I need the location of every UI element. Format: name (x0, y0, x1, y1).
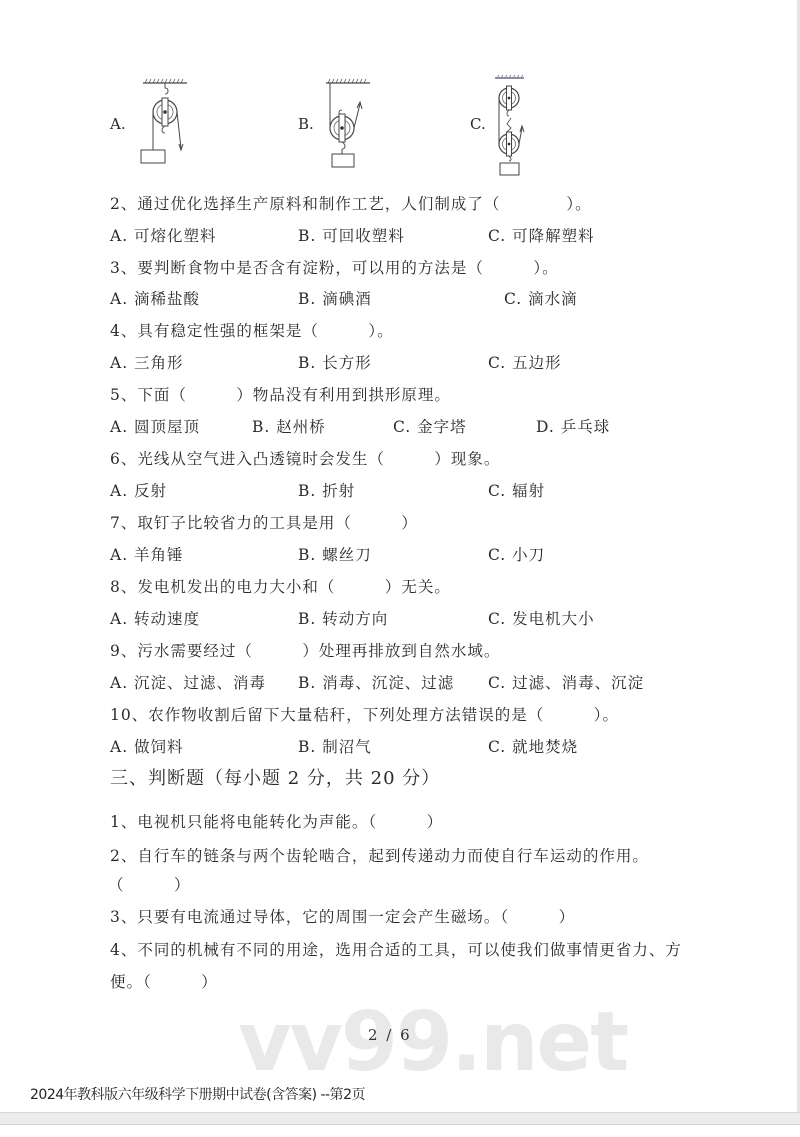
question-5-option-b: B. 赵州桥 (252, 417, 326, 437)
judgment-item-1: 1、电视机只能将电能转化为声能。（ ） (110, 812, 443, 832)
question-7-text: 7、取钉子比较省力的工具是用（ ） (110, 513, 418, 533)
question-4-option-b: B. 长方形 (298, 353, 372, 373)
question-3-text: 3、要判断食物中是否含有淀粉，可以用的方法是（ ）。 (110, 258, 559, 278)
judgment-item-2-blank: （ ） (108, 875, 191, 895)
question-9-option-b: B. 消毒、沉淀、过滤 (298, 673, 454, 693)
figure-label-a: A. (110, 115, 126, 133)
pulley-block-diagram-icon (490, 74, 535, 179)
question-8-option-c: C. 发电机大小 (488, 609, 595, 629)
question-8-text: 8、发电机发出的电力大小和（ ）无关。 (110, 577, 451, 597)
question-5-option-c: C. 金字塔 (393, 417, 467, 437)
question-6-option-a: A. 反射 (110, 481, 167, 501)
judgment-item-2: 2、自行车的链条与两个齿轮啮合，起到传递动力而使自行车运动的作用。 (110, 846, 649, 866)
next-page-top (0, 1125, 800, 1137)
question-4-option-a: A. 三角形 (110, 353, 184, 373)
question-8-option-a: A. 转动速度 (110, 609, 200, 629)
movable-pulley-diagram-icon (322, 78, 374, 173)
page-number: 2 / 6 (368, 1026, 800, 1044)
question-2-text: 2、通过优化选择生产原料和制作工艺，人们制成了（ ）。 (110, 194, 592, 214)
question-2-option-b: B. 可回收塑料 (298, 226, 405, 246)
question-4-text: 4、具有稳定性强的框架是（ ）。 (110, 321, 394, 341)
fixed-pulley-diagram-icon (135, 78, 195, 168)
question-3-option-a: A. 滴稀盐酸 (110, 289, 200, 309)
question-5-option-d: D. 乒乓球 (536, 417, 610, 437)
question-7-option-a: A. 羊角锤 (110, 545, 184, 565)
question-8-option-b: B. 转动方向 (298, 609, 388, 629)
question-10-text: 10、农作物收割后留下大量秸秆，下列处理方法错误的是（ ）。 (110, 705, 619, 725)
question-6-text: 6、光线从空气进入凸透镜时会发生（ ）现象。 (110, 449, 500, 469)
question-10-option-a: A. 做饲料 (110, 737, 184, 757)
section-3-title: 三、判断题（每小题 2 分，共 20 分） (110, 769, 440, 789)
question-9-option-c: C. 过滤、消毒、沉淀 (488, 673, 644, 693)
question-6-option-b: B. 折射 (298, 481, 355, 501)
question-3-option-b: B. 滴碘酒 (298, 289, 372, 309)
figure-label-c: C. (470, 115, 486, 133)
judgment-item-4-cont: 便。（ ） (110, 972, 218, 992)
document-footer-title: 2024年教科版六年级科学下册期中试卷(含答案) --第2页 (30, 1084, 800, 1104)
question-4-option-c: C. 五边形 (488, 353, 562, 373)
question-9-option-a: A. 沉淀、过滤、消毒 (110, 673, 266, 693)
figure-label-b: B. (298, 115, 314, 133)
question-6-option-c: C. 辐射 (488, 481, 545, 501)
question-2-option-a: A. 可熔化塑料 (110, 226, 217, 246)
question-5-option-a: A. 圆顶屋顶 (110, 417, 200, 437)
question-10-option-b: B. 制沼气 (298, 737, 372, 757)
page-separator (0, 1112, 800, 1125)
judgment-item-4: 4、不同的机械有不同的用途，选用合适的工具，可以使我们做事情更省力、方 (110, 940, 682, 960)
document-page: A. B. (0, 0, 797, 1112)
question-2-option-c: C. 可降解塑料 (488, 226, 595, 246)
judgment-item-3: 3、只要有电流通过导体，它的周围一定会产生磁场。（ ） (110, 907, 575, 927)
question-5-text: 5、下面（ ）物品没有利用到拱形原理。 (110, 385, 451, 405)
question-3-option-c: C. 滴水滴 (504, 289, 578, 309)
question-9-text: 9、污水需要经过（ ）处理再排放到自然水域。 (110, 641, 500, 661)
question-10-option-c: C. 就地焚烧 (488, 737, 578, 757)
question-7-option-b: B. 螺丝刀 (298, 545, 372, 565)
question-7-option-c: C. 小刀 (488, 545, 545, 565)
